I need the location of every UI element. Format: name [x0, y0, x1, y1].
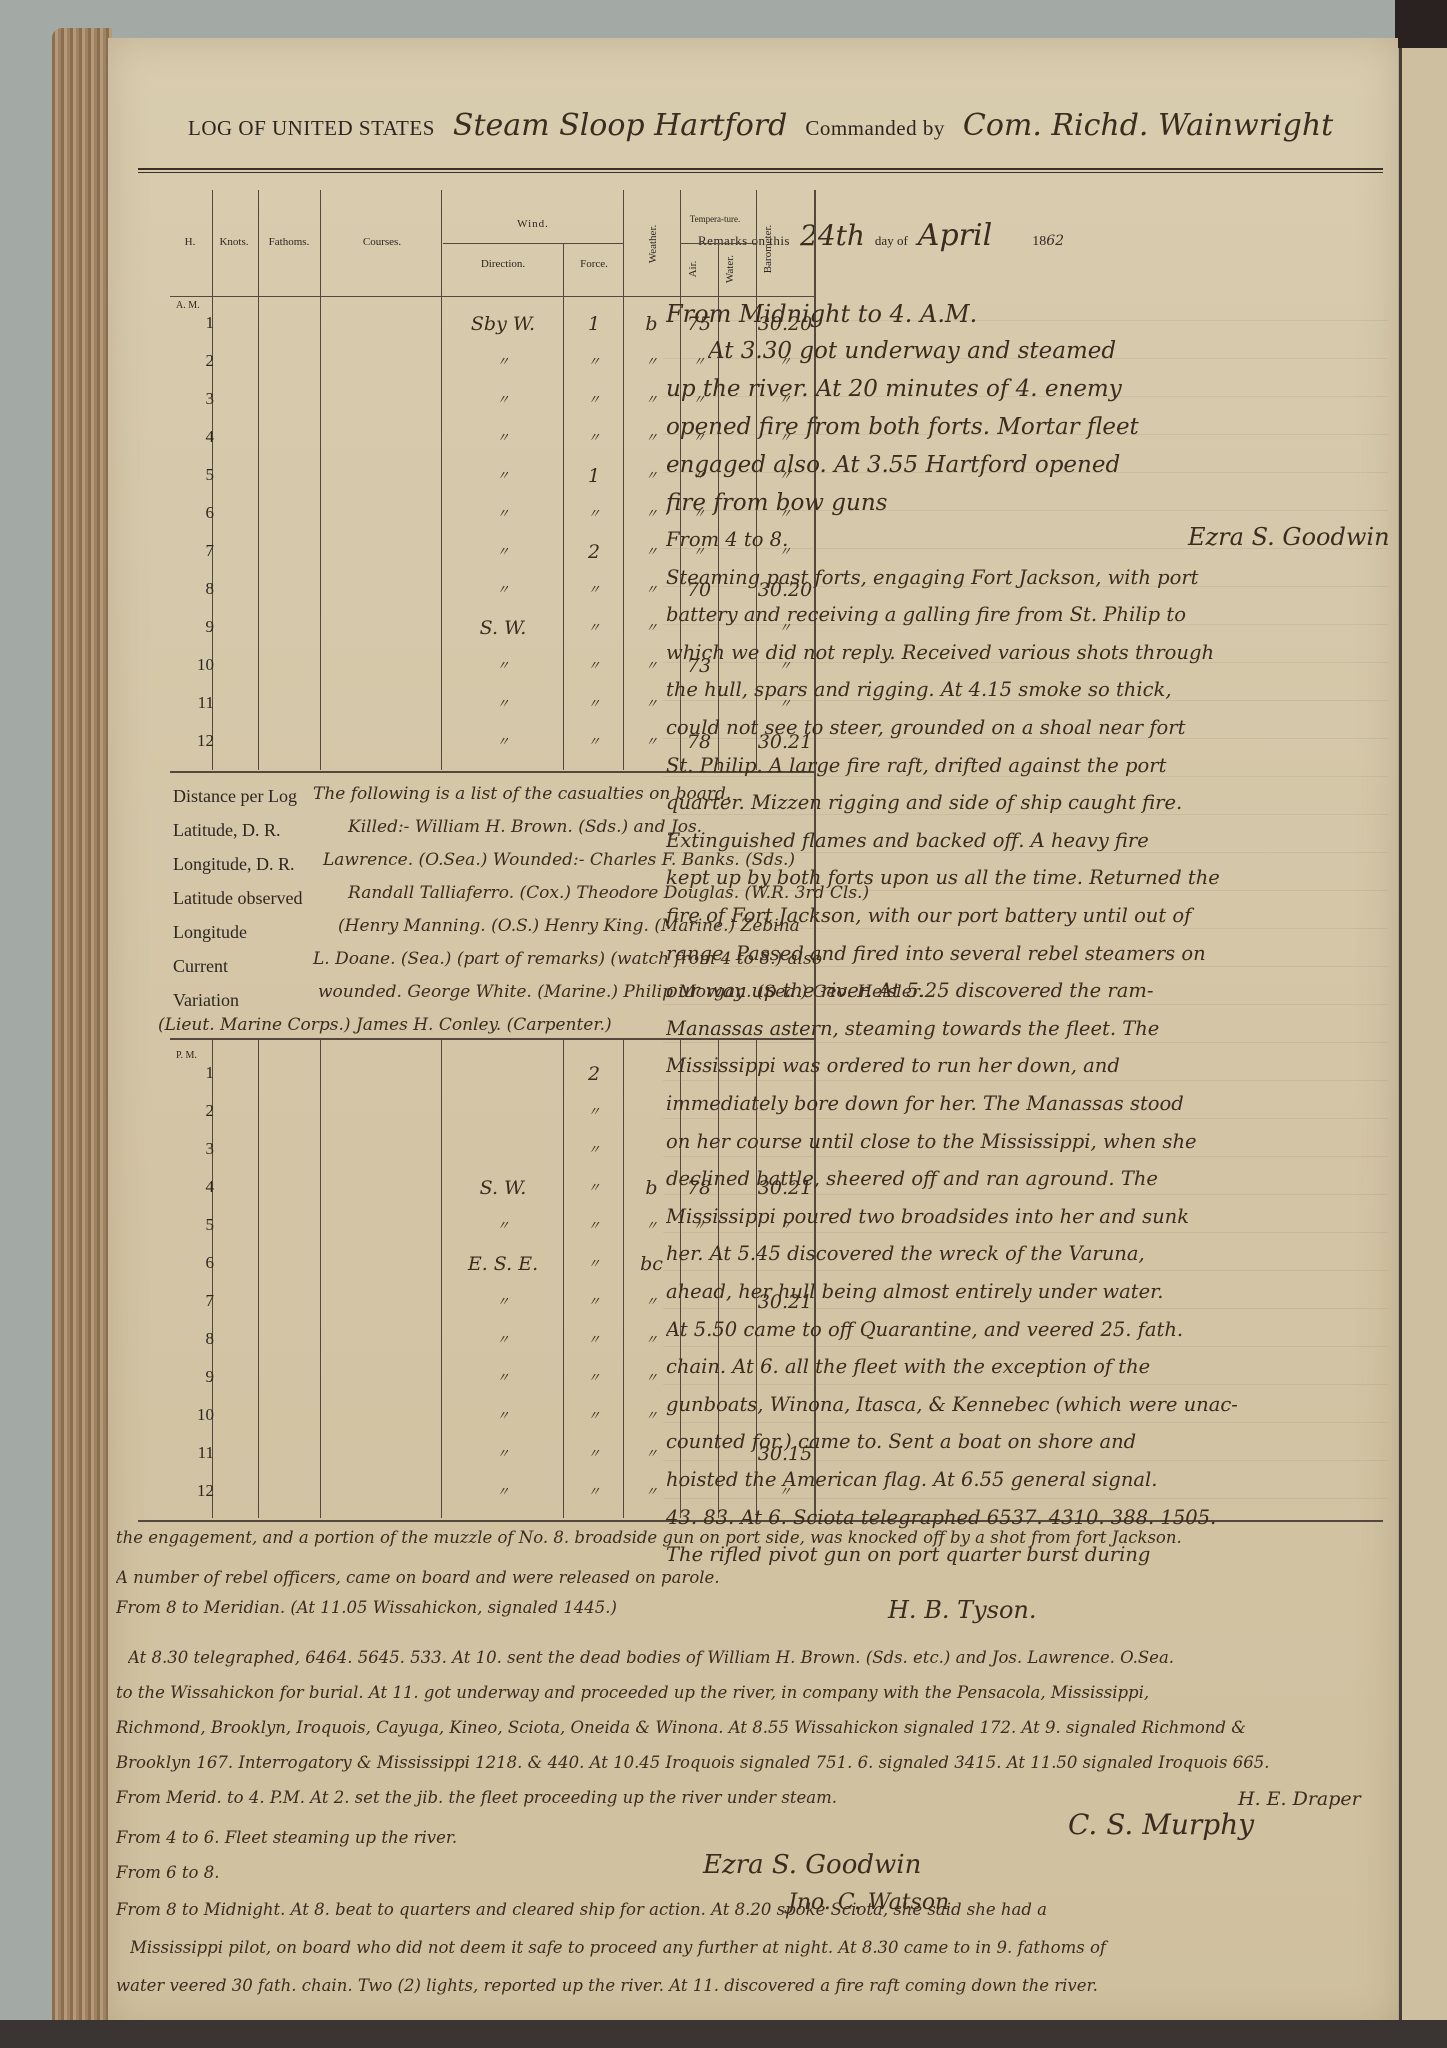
wind-force-cell: 2 — [565, 1063, 623, 1085]
remark-line: up the river. At 20 minutes of 4. enemy — [666, 376, 1386, 402]
col-direction: Direction. — [443, 258, 563, 270]
hour-cell: 10 — [170, 1405, 214, 1425]
year-prefix: 18 — [1032, 234, 1046, 249]
remark-line: Steaming past forts, engaging Fort Jacks… — [666, 566, 1386, 589]
position-label: Current — [173, 956, 228, 977]
signature-goodwin-pm: Ezra S. Goodwin — [703, 1850, 921, 1880]
wind-force-cell: 〃 — [565, 351, 623, 370]
wind-force-cell: 〃 — [565, 1253, 623, 1272]
wind-force-cell: 〃 — [565, 579, 623, 598]
remark-line: Manassas astern, steaming towards the fl… — [666, 1017, 1386, 1040]
remarks-day-of: day of — [875, 233, 908, 249]
remark-line: At 5.50 came to off Quarantine, and veer… — [666, 1318, 1386, 1341]
remark-line: hoisted the American flag. At 6.55 gener… — [666, 1468, 1386, 1491]
wind-direction-cell: 〃 — [443, 693, 563, 712]
wind-force-cell: 〃 — [565, 617, 623, 636]
hour-cell: 8 — [170, 579, 214, 599]
log-page: LOG OF UNITED STATES Steam Sloop Hartfor… — [108, 38, 1398, 2028]
wind-force-cell: 〃 — [565, 655, 623, 674]
hour-cell: 3 — [170, 389, 214, 409]
remark-line: Mississippi was ordered to run her down,… — [666, 1054, 1386, 1077]
wind-direction-cell: 〃 — [443, 1481, 563, 1500]
remark-line: declined battle, sheered off and ran agr… — [666, 1167, 1386, 1190]
wind-direction-cell: 〃 — [443, 1367, 563, 1386]
background-dark-bottom — [0, 2020, 1447, 2048]
year-suffix: 62 — [1046, 233, 1064, 249]
wind-force-cell: 〃 — [565, 1443, 623, 1462]
casualties-line: (Lieut. Marine Corps.) James H. Conley. … — [158, 1015, 612, 1035]
hour-cell: 1 — [170, 313, 214, 333]
remark-line: her. At 5.45 discovered the wreck of the… — [666, 1242, 1386, 1265]
am-label: A. M. — [176, 300, 200, 311]
hour-cell: 12 — [170, 1481, 214, 1501]
background-dark-corner — [1395, 0, 1447, 48]
remark-line: 43. 83. At 6. Sciota telegraphed 6537. 4… — [666, 1506, 1386, 1529]
hour-cell: 1 — [170, 1063, 214, 1083]
wind-direction-cell: 〃 — [443, 655, 563, 674]
wind-force-cell: 〃 — [565, 1177, 623, 1196]
bottom-remark-line: From 8 to Midnight. At 8. beat to quarte… — [116, 1900, 1406, 1919]
hour-cell: 10 — [170, 655, 214, 675]
signature-murphy: C. S. Murphy — [1068, 1808, 1254, 1841]
bottom-remark-line: Brooklyn 167. Interrogatory & Mississipp… — [116, 1753, 1406, 1772]
col-weather: Weather. — [647, 199, 659, 289]
remark-line: chain. At 6. all the fleet with the exce… — [666, 1355, 1386, 1378]
remark-line: St. Philip. A large fire raft, drifted a… — [666, 754, 1386, 777]
wind-force-cell: 〃 — [565, 693, 623, 712]
hour-cell: 8 — [170, 1329, 214, 1349]
remark-line: our way up the river. At 5.25 discovered… — [666, 979, 1386, 1002]
wind-direction-cell: 〃 — [443, 427, 563, 446]
hour-cell: 2 — [170, 1101, 214, 1121]
wind-force-cell: 1 — [565, 465, 623, 487]
commander-name: Com. Richd. Wainwright — [963, 108, 1333, 143]
signature-goodwin-am: Ezra S. Goodwin — [1188, 523, 1390, 551]
col-fathoms: Fathoms. — [258, 236, 320, 248]
book-page-edges — [52, 28, 112, 2048]
remark-line: gunboats, Winona, Itasca, & Kennebec (wh… — [666, 1393, 1386, 1416]
wind-direction-cell: Sby W. — [443, 313, 563, 335]
col-knots: Knots. — [212, 236, 256, 248]
remark-line: ahead, her hull being almost entirely un… — [666, 1280, 1386, 1303]
remark-line: opened fire from both forts. Mortar flee… — [666, 414, 1386, 440]
hour-cell: 12 — [170, 731, 214, 751]
position-label: Distance per Log — [173, 786, 297, 807]
bottom-remark-line: From Merid. to 4. P.M. At 2. set the jib… — [116, 1788, 1406, 1807]
remark-line: immediately bore down for her. The Manas… — [666, 1092, 1386, 1115]
hour-cell: 2 — [170, 351, 214, 371]
wind-force-cell: 1 — [565, 313, 623, 335]
position-label: Latitude observed — [173, 888, 302, 909]
bottom-remark-line: to the Wissahickon for burial. At 11. go… — [116, 1683, 1406, 1702]
remark-line: range. Passed and fired into several reb… — [666, 942, 1386, 965]
commanded-by-label: Commanded by — [805, 116, 945, 141]
position-label: Variation — [173, 990, 239, 1011]
remark-line: on her course until close to the Mississ… — [666, 1130, 1386, 1153]
wind-direction-cell: 〃 — [443, 351, 563, 370]
hour-cell: 3 — [170, 1139, 214, 1159]
wind-direction-cell: 〃 — [443, 1405, 563, 1424]
wind-force-cell: 〃 — [565, 1291, 623, 1310]
wind-direction-cell: 〃 — [443, 1215, 563, 1234]
wind-direction-cell: 〃 — [443, 1443, 563, 1462]
position-label: Latitude, D. R. — [173, 820, 280, 841]
bottom-remark-line: the engagement, and a portion of the muz… — [116, 1528, 1406, 1547]
hour-cell: 7 — [170, 1291, 214, 1311]
bottom-remark-line: From 8 to Meridian. (At 11.05 Wissahicko… — [116, 1598, 1406, 1617]
col-courses: Courses. — [322, 236, 442, 248]
hour-cell: 6 — [170, 503, 214, 523]
bottom-remark-line: Mississippi pilot, on board who did not … — [130, 1938, 1420, 1957]
hour-cell: 7 — [170, 541, 214, 561]
remark-line: At 3.30 got underway and steamed — [708, 338, 1428, 364]
wind-direction-cell: 〃 — [443, 465, 563, 484]
hour-cell: 11 — [170, 693, 214, 713]
remark-line: engaged also. At 3.55 Hartford opened — [666, 452, 1386, 478]
position-label: Longitude, D. R. — [173, 854, 295, 875]
col-force: Force. — [565, 258, 623, 270]
bottom-remark-line: water veered 30 fath. chain. Two (2) lig… — [116, 1976, 1406, 1995]
remark-line: counted for.) came to. Sent a boat on sh… — [666, 1430, 1386, 1453]
remark-line: battery and receiving a galling fire fro… — [666, 603, 1386, 626]
signature-watson: Jno. C. Watson — [788, 1890, 949, 1915]
remark-line: Extinguished flames and backed off. A he… — [666, 829, 1386, 852]
wind-force-cell: 〃 — [565, 1405, 623, 1424]
remark-line: Mississippi poured two broadsides into h… — [666, 1205, 1386, 1228]
remark-line: the hull, spars and rigging. At 4.15 smo… — [666, 678, 1386, 701]
col-wind: Wind. — [443, 218, 623, 230]
wind-direction-cell: 〃 — [443, 1329, 563, 1348]
remark-line: quarter. Mizzen rigging and side of ship… — [666, 791, 1386, 814]
header-rule — [138, 168, 1383, 170]
wind-direction-cell: S. W. — [443, 1177, 563, 1199]
wind-force-cell: 〃 — [565, 389, 623, 408]
hour-cell: 9 — [170, 1367, 214, 1387]
wind-direction-cell: S. W. — [443, 617, 563, 639]
wind-force-cell: 〃 — [565, 503, 623, 522]
bottom-remark-line: At 8.30 telegraphed, 6464. 5645. 533. At… — [128, 1648, 1418, 1667]
wind-direction-cell: 〃 — [443, 731, 563, 750]
remark-line: From Midnight to 4. A.M. — [666, 300, 1386, 328]
remarks-header: Remarks on this 24th day of April 1862 — [698, 218, 1388, 253]
casualties-line: Killed:- William H. Brown. (Sds.) and Jo… — [348, 817, 702, 837]
pm-label: P. M. — [176, 1050, 197, 1061]
remarks-day: 24th — [800, 219, 865, 252]
wind-direction-cell: 〃 — [443, 579, 563, 598]
wind-force-cell: 〃 — [565, 1101, 623, 1120]
remark-line: fire of Fort Jackson, with our port batt… — [666, 904, 1386, 927]
wind-direction-cell: E. S. E. — [443, 1253, 563, 1275]
wind-force-cell: 〃 — [565, 427, 623, 446]
hour-cell: 9 — [170, 617, 214, 637]
col-h: H. — [170, 236, 210, 248]
remark-line: which we did not reply. Received various… — [666, 641, 1386, 664]
signature-tyson: H. B. Tyson. — [888, 1596, 1037, 1624]
wind-direction-cell: 〃 — [443, 1291, 563, 1310]
remark-line: could not see to steer, grounded on a sh… — [666, 716, 1386, 739]
hour-cell: 5 — [170, 1215, 214, 1235]
wind-direction-cell: 〃 — [443, 503, 563, 522]
wind-force-cell: 〃 — [565, 1139, 623, 1158]
hour-cell: 4 — [170, 427, 214, 447]
bottom-remark-line: Richmond, Brooklyn, Iroquois, Cayuga, Ki… — [116, 1718, 1406, 1737]
ship-name: Steam Sloop Hartford — [453, 108, 787, 143]
wind-force-cell: 〃 — [565, 1481, 623, 1500]
wind-force-cell: 2 — [565, 541, 623, 563]
printed-label: LOG OF UNITED STATES — [188, 116, 435, 141]
wind-direction-cell: 〃 — [443, 541, 563, 560]
remarks-prefix: Remarks on this — [698, 233, 790, 249]
remark-line: fire from bow guns — [666, 490, 1386, 516]
header-rule-thin — [138, 172, 1383, 173]
wind-force-cell: 〃 — [565, 1367, 623, 1386]
hour-cell: 5 — [170, 465, 214, 485]
hour-cell: 11 — [170, 1443, 214, 1463]
bottom-remark-line: A number of rebel officers, came on boar… — [116, 1568, 1406, 1587]
wind-force-cell: 〃 — [565, 1215, 623, 1234]
log-title: LOG OF UNITED STATES Steam Sloop Hartfor… — [188, 108, 1388, 168]
wind-direction-cell: 〃 — [443, 389, 563, 408]
hour-cell: 6 — [170, 1253, 214, 1273]
position-label: Longitude — [173, 922, 247, 943]
wind-force-cell: 〃 — [565, 1329, 623, 1348]
wind-force-cell: 〃 — [565, 731, 623, 750]
hour-cell: 4 — [170, 1177, 214, 1197]
signature-draper-1: H. E. Draper — [1238, 1788, 1361, 1810]
remark-line: kept up by both forts upon us all the ti… — [666, 866, 1386, 889]
remarks-month: April — [918, 218, 992, 253]
